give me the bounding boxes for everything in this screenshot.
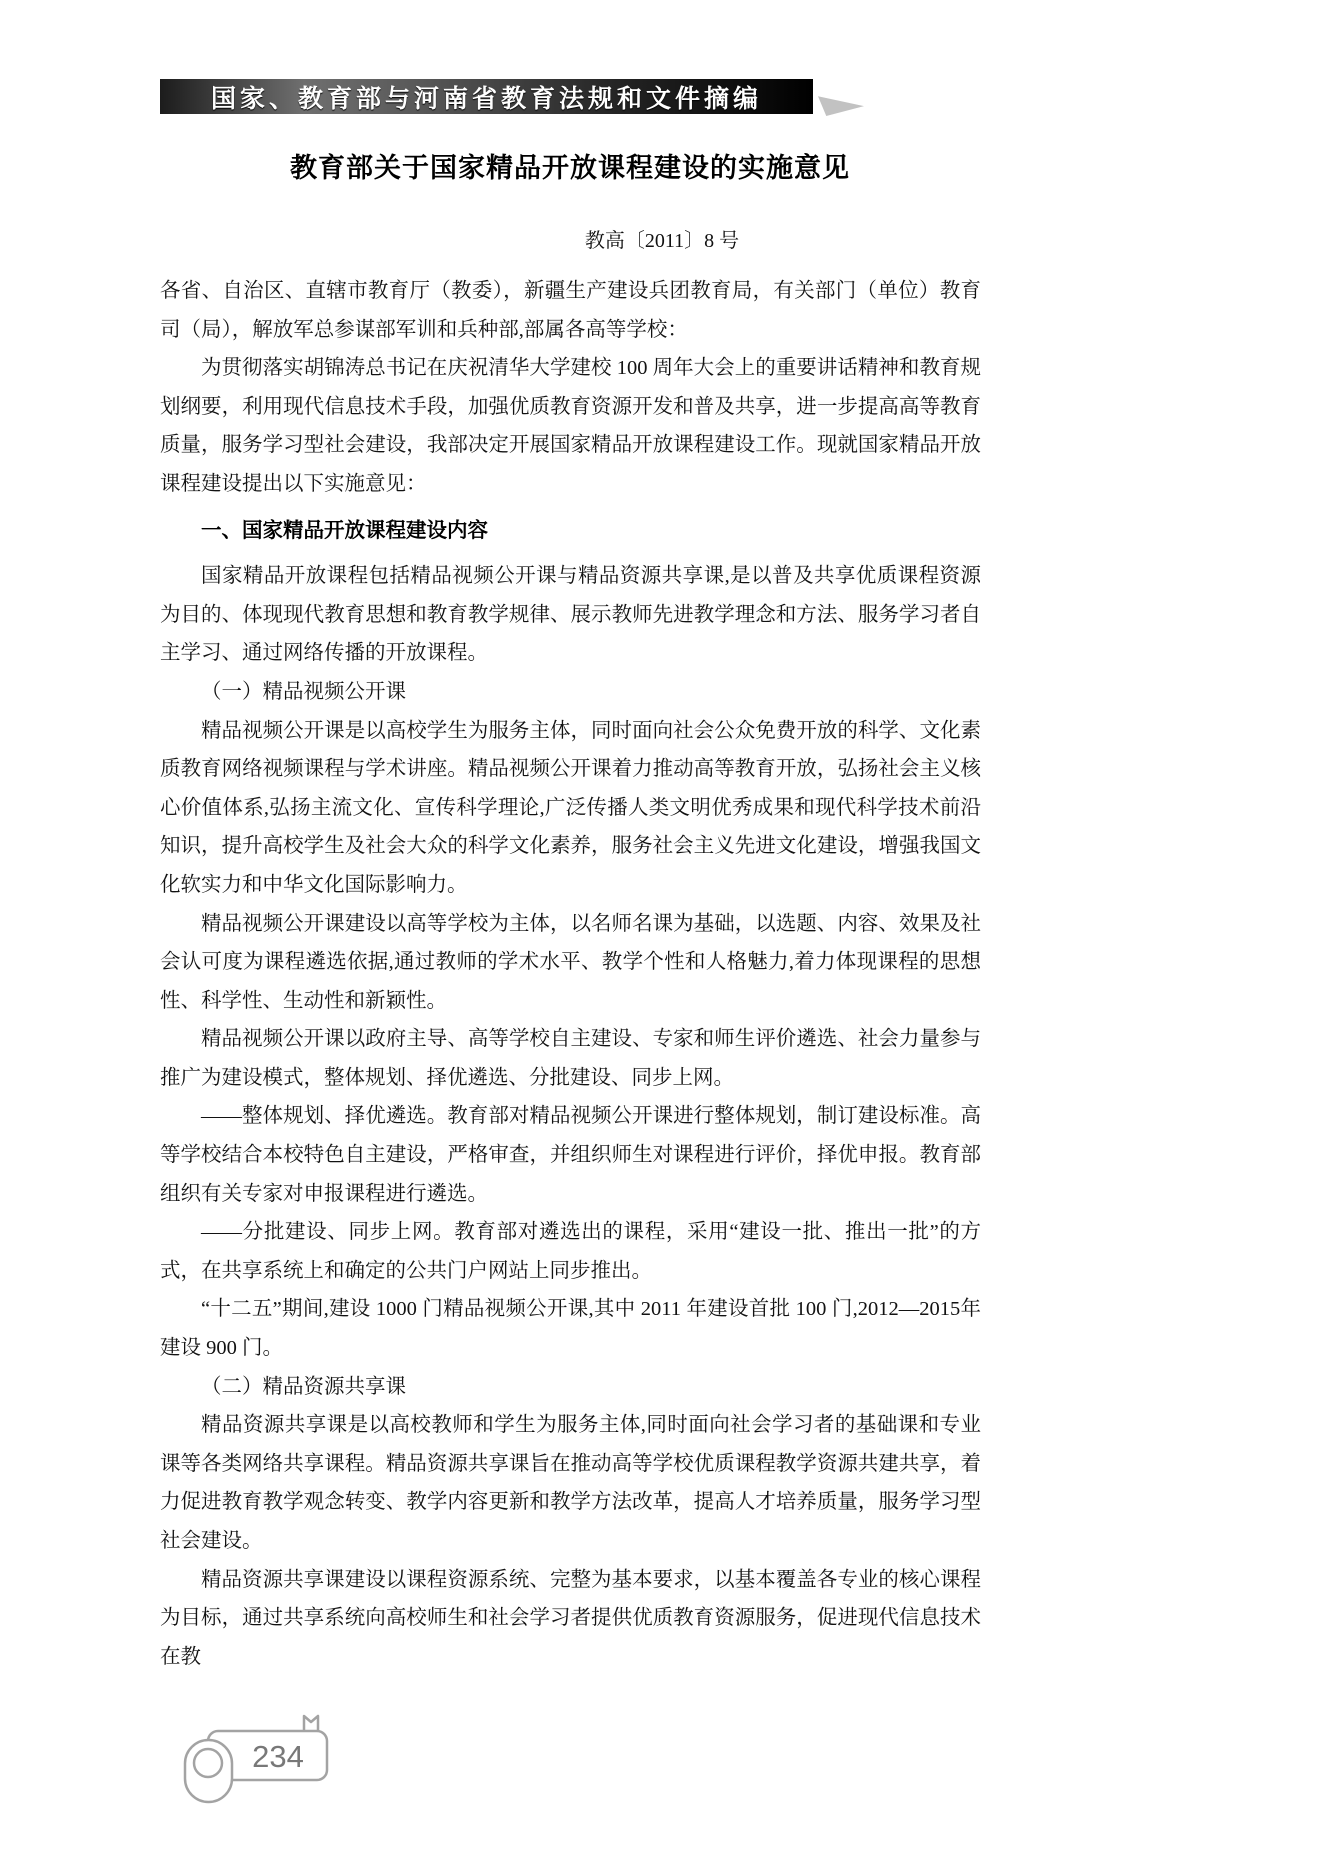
paragraph: 国家精品开放课程包括精品视频公开课与精品资源共享课,是以普及共享优质课程资源为目… bbox=[160, 557, 981, 673]
document-page: 国家、教育部与河南省教育法规和文件摘编 教育部关于国家精品开放课程建设的实施意见… bbox=[0, 0, 1323, 1871]
paragraph: 各省、自治区、直辖市教育厅（教委），新疆生产建设兵团教育局，有关部门（单位）教育… bbox=[160, 272, 981, 349]
page-number-scroll: 234 bbox=[178, 1710, 343, 1810]
page-number: 234 bbox=[252, 1739, 304, 1774]
paragraph: 精品视频公开课是以高校学生为服务主体，同时面向社会公众免费开放的科学、文化素质教… bbox=[160, 712, 981, 905]
paragraph: 精品视频公开课以政府主导、高等学校自主建设、专家和师生评价遴选、社会力量参与推广… bbox=[160, 1020, 981, 1097]
paragraph: 精品视频公开课建设以高等学校为主体，以名师名课为基础，以选题、内容、效果及社会认… bbox=[160, 905, 981, 1021]
paragraph: ——整体规划、择优遴选。教育部对精品视频公开课进行整体规划，制订建设标准。高等学… bbox=[160, 1097, 981, 1213]
paragraph: 精品资源共享课建设以课程资源系统、完整为基本要求，以基本覆盖各专业的核心课程为目… bbox=[160, 1561, 981, 1677]
paragraph: 精品资源共享课是以高校教师和学生为服务主体,同时面向社会学习者的基础课和专业课等… bbox=[160, 1406, 981, 1560]
document-number: 教高〔2011〕8 号 bbox=[252, 224, 1072, 253]
scroll-roll-opening bbox=[194, 1749, 222, 1777]
header-banner: 国家、教育部与河南省教育法规和文件摘编 bbox=[160, 79, 813, 114]
banner-arrow-icon bbox=[818, 94, 864, 116]
section-heading: 一、国家精品开放课程建设内容 bbox=[160, 512, 981, 551]
document-title: 教育部关于国家精品开放课程建设的实施意见 bbox=[160, 146, 980, 185]
header-banner-title: 国家、教育部与河南省教育法规和文件摘编 bbox=[211, 79, 762, 115]
paragraph: （二）精品资源共享课 bbox=[160, 1368, 981, 1407]
paragraph: “十二五”期间,建设 1000 门精品视频公开课,其中 2011 年建设首批 1… bbox=[160, 1290, 981, 1367]
document-body: 各省、自治区、直辖市教育厅（教委），新疆生产建设兵团教育局，有关部门（单位）教育… bbox=[160, 272, 981, 1676]
paragraph: 为贯彻落实胡锦涛总书记在庆祝清华大学建校 100 周年大会上的重要讲话精神和教育… bbox=[160, 349, 981, 503]
paragraph: （一）精品视频公开课 bbox=[160, 673, 981, 712]
paragraph: ——分批建设、同步上网。教育部对遴选出的课程，采用“建设一批、推出一批”的方式，… bbox=[160, 1213, 981, 1290]
